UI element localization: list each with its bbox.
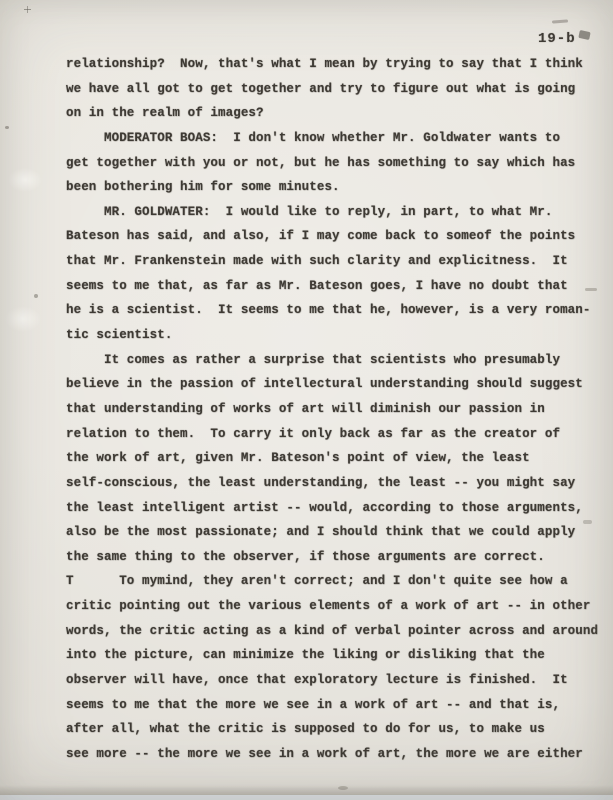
scanner-bed-edge [0, 795, 613, 800]
text-line: the work of art, given Mr. Bateson's poi… [66, 446, 606, 471]
page-number: 19-b [538, 31, 576, 47]
text-line: see more -- the more we see in a work of… [66, 742, 606, 767]
text-line: get together with you or not, but he has… [66, 151, 606, 176]
text-line: believe in the passion of intellectural … [66, 372, 606, 397]
scan-smudge [338, 786, 348, 790]
text-line: self-conscious, the least understanding,… [66, 471, 606, 496]
text-line: the same thing to the observer, if those… [66, 545, 606, 570]
text-line-speaker-mr-goldwater: MR. GOLDWATER: I would like to reply, in… [66, 200, 606, 225]
scan-speck [5, 126, 9, 129]
text-line: Bateson has said, and also, if I may com… [66, 224, 606, 249]
text-line: tic scientist. [66, 323, 606, 348]
page-bottom-edge-shadow [0, 785, 613, 795]
text-line: seems to me that the more we see in a wo… [66, 693, 606, 718]
scan-speck [24, 6, 31, 13]
scan-speck [34, 294, 38, 298]
scan-smudge [552, 19, 568, 23]
text-line: after all, what the critic is supposed t… [66, 717, 606, 742]
text-line: seems to me that, as far as Mr. Bateson … [66, 274, 606, 299]
text-line-speaker-moderator-boas: MODERATOR BOAS: I don't know whether Mr.… [66, 126, 606, 151]
text-line: critic pointing out the various elements… [66, 594, 606, 619]
text-line: relation to them. To carry it only back … [66, 422, 606, 447]
text-line: words, the critic acting as a kind of ve… [66, 619, 606, 644]
text-line: he is a scientist. It seems to me that h… [66, 298, 606, 323]
text-line: the least intelligent artist -- would, a… [66, 496, 606, 521]
paper-hole-highlight [8, 168, 42, 192]
text-line: been bothering him for some minutes. [66, 175, 606, 200]
text-line: It comes as rather a surprise that scien… [66, 348, 606, 373]
text-line: relationship? Now, that's what I mean by… [66, 52, 606, 77]
text-line: observer will have, once that explorator… [66, 668, 606, 693]
paper-hole-highlight [5, 306, 41, 332]
text-line: that understanding of works of art will … [66, 397, 606, 422]
text-line: also be the most passionate; and I shoul… [66, 520, 606, 545]
text-line: T To mymind, they aren't correct; and I … [66, 569, 606, 594]
text-line: on in the realm of images? [66, 101, 606, 126]
text-line: into the picture, can minimize the likin… [66, 643, 606, 668]
text-line: we have all got to get together and try … [66, 77, 606, 102]
transcript-text-block: relationship? Now, that's what I mean by… [66, 52, 606, 767]
text-line: that Mr. Frankenstein made with such cla… [66, 249, 606, 274]
scan-smudge [578, 30, 590, 40]
scanned-document-page: 19-b relationship? Now, that's what I me… [0, 0, 613, 800]
